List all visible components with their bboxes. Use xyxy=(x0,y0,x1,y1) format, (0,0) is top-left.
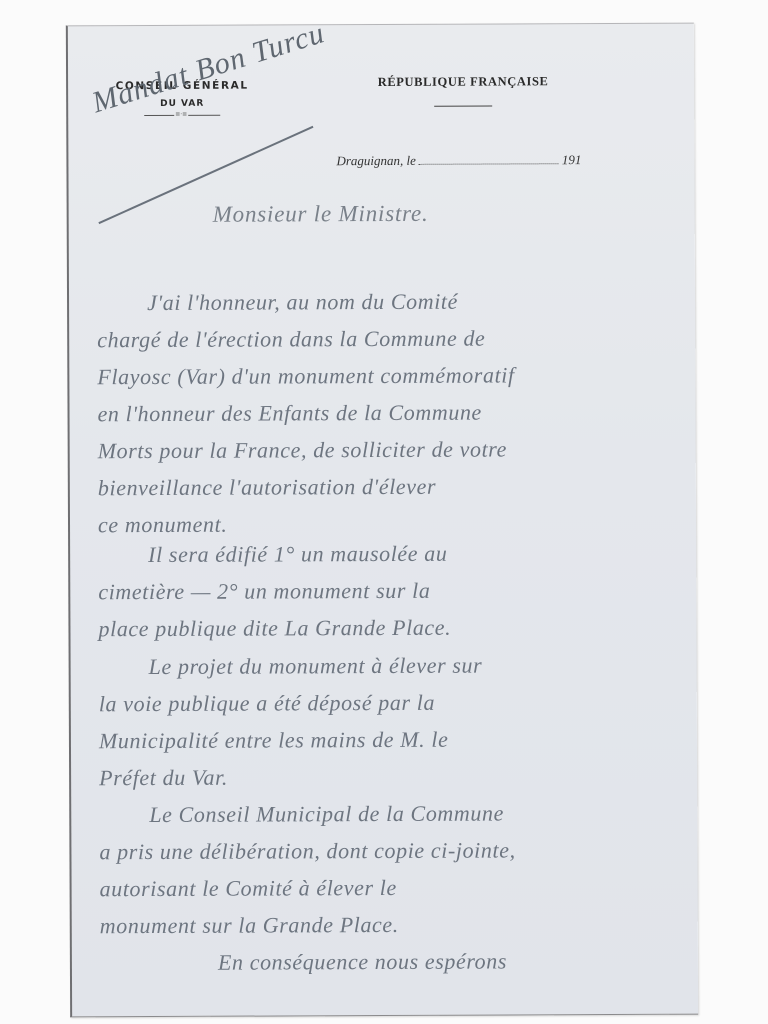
letter-line: bienveillance l'autorisation d'élever xyxy=(98,467,674,507)
paragraph-project: Le projet du monument à élever sur la vo… xyxy=(99,646,676,797)
letter-line: Le Conseil Municipal de la Commune xyxy=(99,794,675,834)
letter-line: Municipalité entre les mains de M. le xyxy=(99,720,675,760)
letter-line: J'ai l'honneur, au nom du Comité xyxy=(97,282,673,322)
letter-line: Il sera édifié 1° un mausolée au xyxy=(98,534,674,574)
letter-line: autorisant le Comité à élever le xyxy=(100,868,676,908)
date-prefix: Draguignan, le xyxy=(336,153,416,169)
letter-line: Le projet du monument à élever sur xyxy=(99,646,675,686)
letterhead-title-underline xyxy=(434,106,492,107)
letterhead-title: RÉPUBLIQUE FRANÇAISE xyxy=(368,74,558,90)
paragraph-council: Le Conseil Municipal de la Commune a pri… xyxy=(99,794,676,945)
letterhead-divider: ≡·≡ xyxy=(144,115,220,116)
letter-line: En conséquence nous espérons xyxy=(100,942,676,982)
letter-line: en l'honneur des Enfants de la Commune xyxy=(97,393,673,433)
letter-line: Morts pour la France, de solliciter de v… xyxy=(98,430,674,470)
ornament-icon: ≡·≡ xyxy=(174,111,188,119)
date-year: 191 xyxy=(562,152,582,168)
letterhead-republique: RÉPUBLIQUE FRANÇAISE xyxy=(368,74,558,107)
paragraph-closing: En conséquence nous espérons xyxy=(100,942,676,982)
letter-line: place publique dite La Grande Place. xyxy=(98,608,674,648)
salutation: Monsieur le Ministre. xyxy=(213,201,429,228)
letter-line: la voie publique a été déposé par la xyxy=(99,683,675,723)
letter-line: Flayosc (Var) d'un monument commémoratif xyxy=(97,356,673,396)
letter-line: chargé de l'érection dans la Commune de xyxy=(97,319,673,359)
paragraph-structures: Il sera édifié 1° un mausolée au cimetiè… xyxy=(98,534,674,648)
date-blank xyxy=(419,154,559,165)
letter-line: monument sur la Grande Place. xyxy=(100,905,676,945)
paragraph-request: J'ai l'honneur, au nom du Comité chargé … xyxy=(97,282,674,544)
letter-line: cimetière — 2° un monument sur la xyxy=(98,571,674,611)
letter-line: Préfet du Var. xyxy=(99,757,675,797)
date-line: Draguignan, le 191 xyxy=(336,152,581,169)
letter-page: CONSEIL GÉNÉRAL DU VAR ≡·≡ RÉPUBLIQUE FR… xyxy=(66,23,698,1018)
letter-line: a pris une délibération, dont copie ci-j… xyxy=(99,831,675,871)
